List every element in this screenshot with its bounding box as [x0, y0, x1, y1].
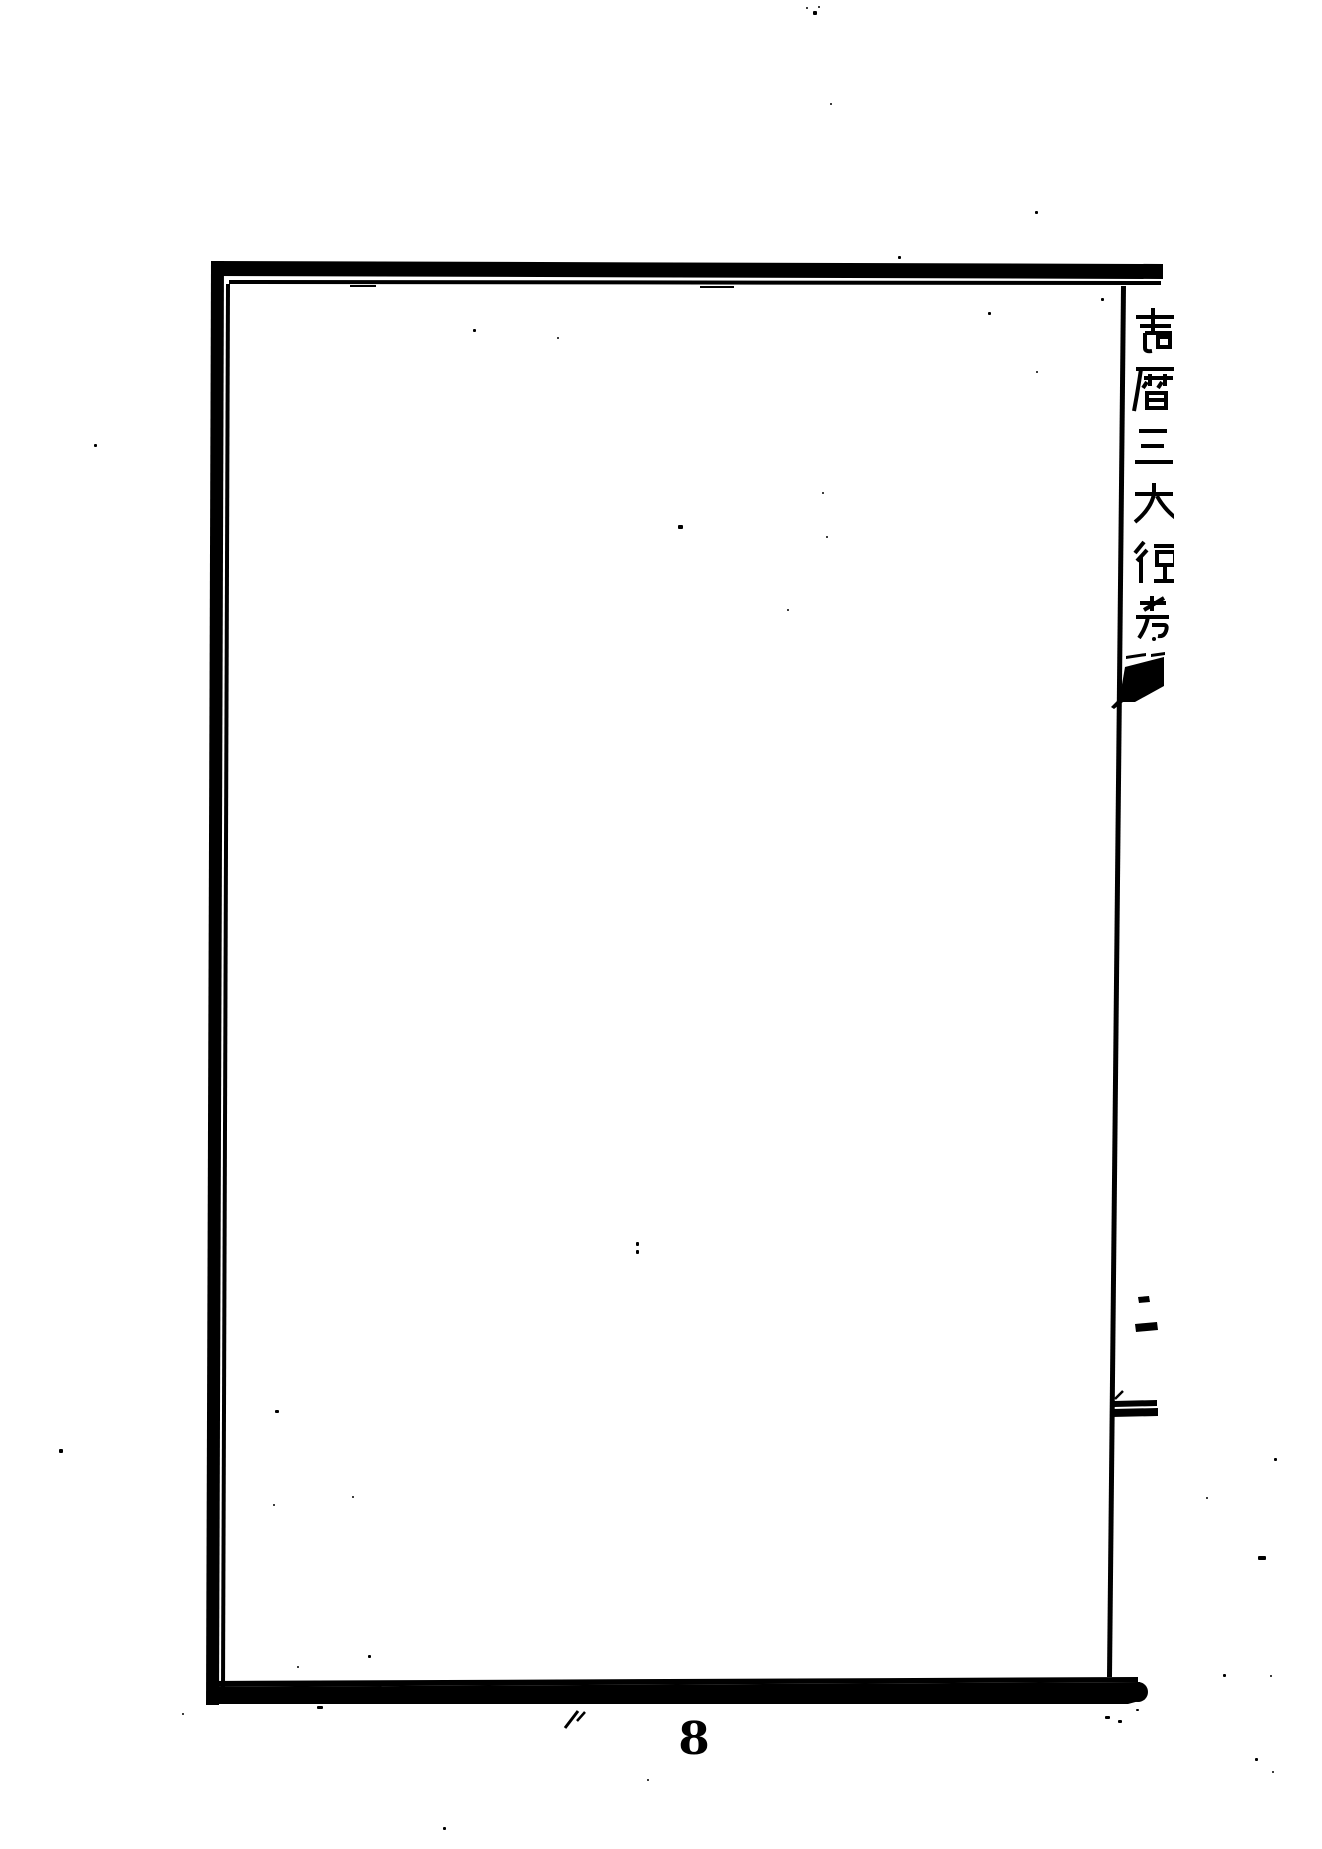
- noise-speck: [1274, 1458, 1277, 1461]
- fishtail-top-dash: [1151, 652, 1165, 657]
- title-char-5: [1131, 538, 1174, 586]
- noise-speck: [830, 103, 832, 105]
- noise-speck: [826, 536, 828, 538]
- noise-speck: [678, 525, 683, 529]
- noise-speck: [898, 256, 901, 259]
- noise-speck: [182, 1713, 184, 1715]
- noise-speck: [1206, 1497, 1208, 1499]
- noise-speck: [647, 1779, 649, 1781]
- noise-speck: [443, 1827, 446, 1830]
- page-frame-art: [0, 0, 1322, 1849]
- fishtail-top-dash: [1126, 653, 1146, 659]
- noise-speck: [818, 6, 820, 8]
- noise-speck: [273, 1504, 275, 1506]
- noise-speck: [1223, 1674, 1226, 1677]
- noise-speck: [297, 1666, 299, 1668]
- top-border-ragged-tick: [700, 286, 734, 288]
- noise-speck: [352, 1496, 354, 1498]
- noise-speck: [94, 444, 97, 447]
- noise-speck: [1272, 1771, 1274, 1773]
- noise-speck: [813, 11, 817, 15]
- noise-speck: [988, 312, 991, 315]
- title-char-1: [1131, 306, 1174, 356]
- stray-slash-mark: [565, 1711, 585, 1728]
- scanned-page: 萬曆三大征考: [0, 0, 1322, 1849]
- noise-speck: [1118, 1720, 1122, 1723]
- noise-speck: [1035, 211, 1038, 214]
- noise-speck: [473, 329, 476, 332]
- title-char-3: [1131, 423, 1174, 471]
- fishtail-mark: [1119, 657, 1164, 702]
- noise-speck: [275, 1410, 279, 1413]
- title-char-4: [1131, 479, 1174, 527]
- noise-speck: [636, 1242, 639, 1246]
- noise-speck: [557, 337, 559, 339]
- noise-speck: [317, 1706, 323, 1709]
- title-char-2: [1131, 363, 1174, 415]
- noise-speck: [636, 1250, 639, 1254]
- noise-speck: [1136, 1709, 1139, 1711]
- left-border-thick: [206, 261, 224, 1705]
- top-border-thin: [229, 280, 1161, 285]
- noise-speck: [806, 7, 808, 9]
- noise-speck: [368, 1655, 371, 1658]
- noise-speck: [1036, 371, 1038, 373]
- noise-speck: [787, 609, 789, 611]
- noise-speck: [1105, 1716, 1110, 1719]
- bottom-border-end-blob: [1128, 1682, 1148, 1702]
- noise-speck: [59, 1449, 63, 1453]
- page-number: 8: [664, 1712, 724, 1765]
- top-border-thick: [213, 261, 1163, 279]
- noise-speck: [1270, 1675, 1272, 1677]
- volume-marker-glyph: [1135, 1296, 1158, 1332]
- title-char-6: [1131, 594, 1174, 644]
- spine-column-rule: [1107, 286, 1126, 1677]
- noise-speck: [1258, 1556, 1266, 1560]
- double-rule-mark: [1112, 1391, 1158, 1417]
- noise-speck: [1101, 298, 1104, 301]
- noise-speck: [1255, 1758, 1258, 1761]
- noise-speck: [822, 492, 824, 494]
- top-border-ragged-tick: [350, 285, 376, 287]
